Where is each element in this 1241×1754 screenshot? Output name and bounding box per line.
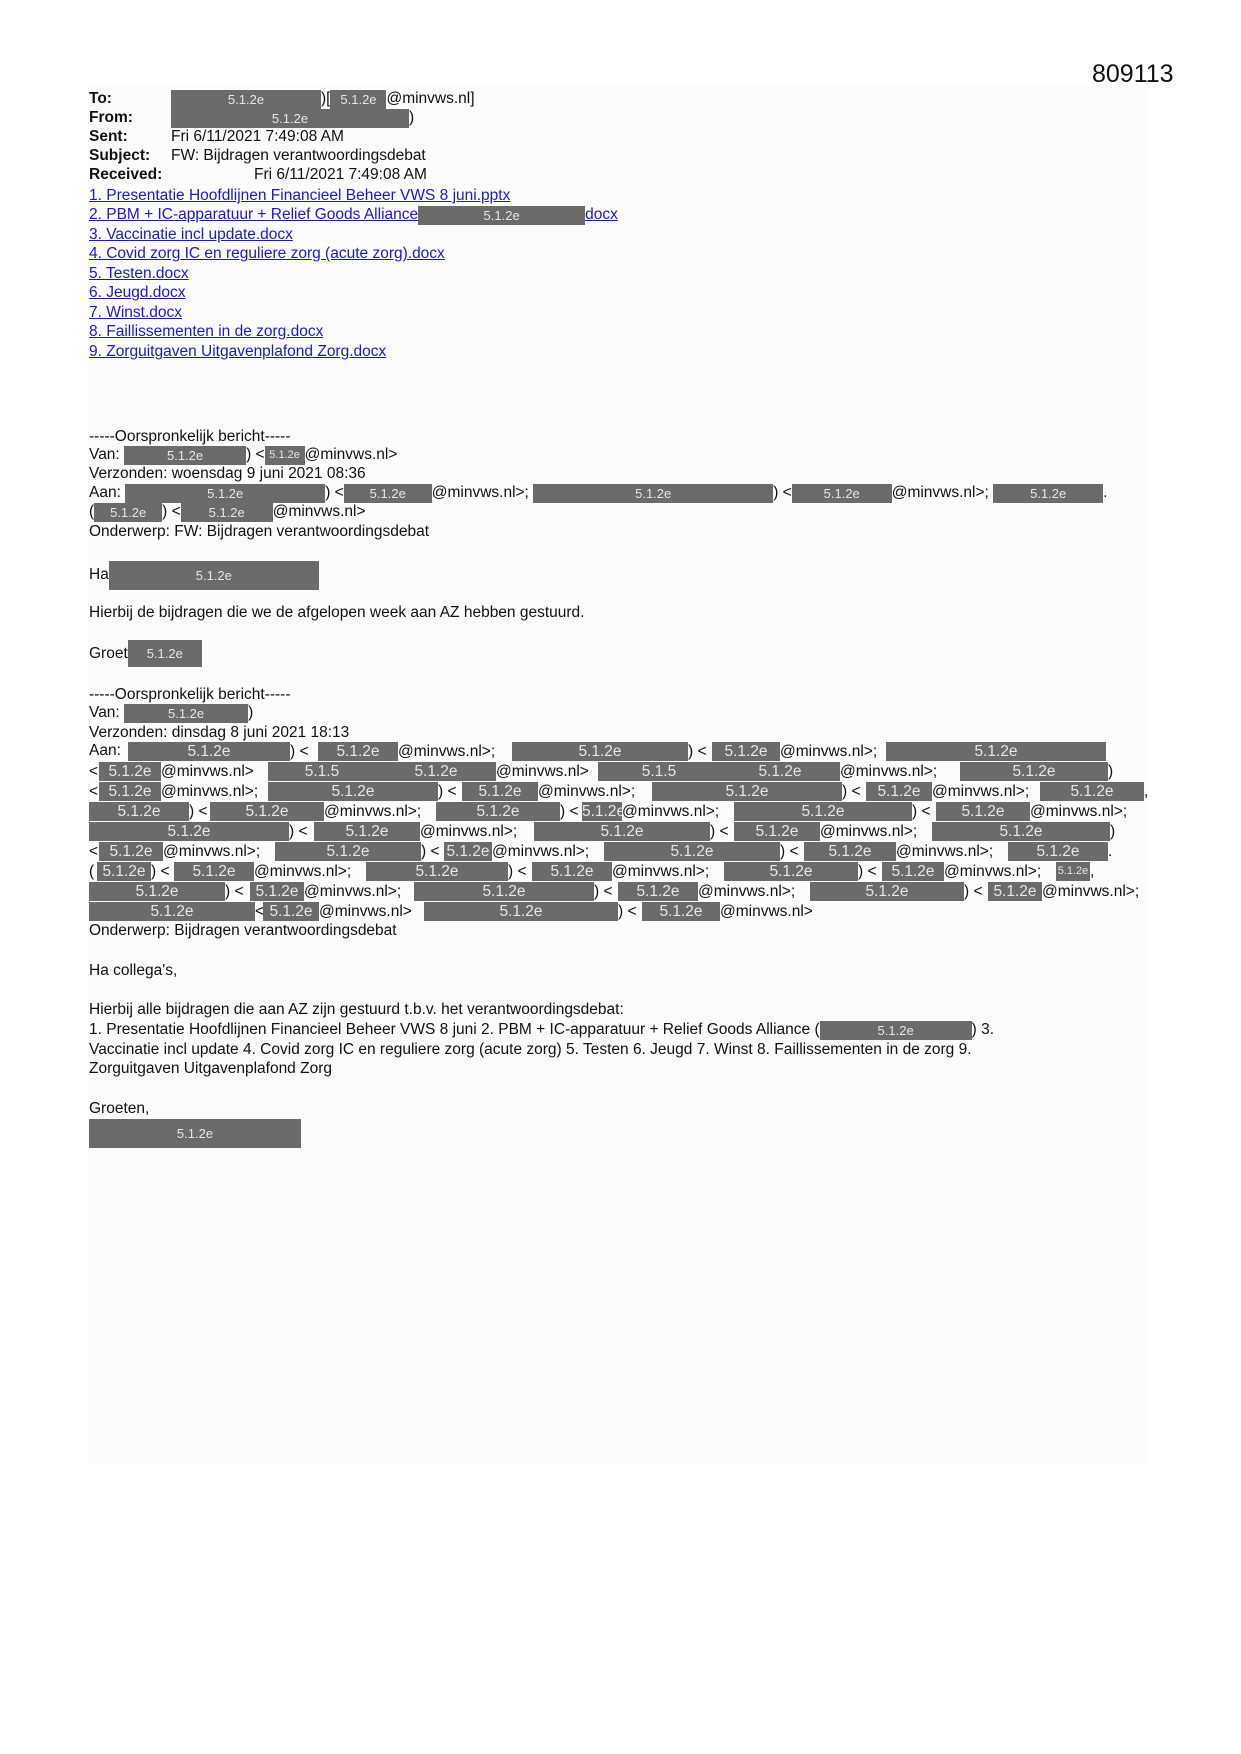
redaction: 5.1.2e <box>652 782 842 801</box>
redaction: 5.1.2e <box>724 862 858 881</box>
message2-body-line2: Vaccinatie incl update 4. Covid zorg IC … <box>89 1041 972 1059</box>
recipient-text: , <box>1144 782 1148 801</box>
recipient-text: ) < <box>858 862 877 881</box>
recipient-text: ) < <box>560 802 579 821</box>
recipient-text: ) < <box>780 842 799 861</box>
message2-van: Van: 5.1.2e) <box>89 704 253 723</box>
recipient-text: < <box>89 842 98 861</box>
header-received: Received:Fri 6/11/2021 7:49:08 AM <box>89 166 427 184</box>
redaction: 5.1.2e <box>89 822 289 841</box>
received-label: Received: <box>89 166 254 184</box>
redaction: 5.1.2e <box>886 742 1106 761</box>
redaction: 5.1.2e <box>712 742 780 761</box>
redaction: 5.1.2e <box>366 862 508 881</box>
recipient-text: ) < <box>688 742 707 761</box>
redaction: 5.1.2e <box>171 109 409 128</box>
recipient-text: ) < <box>189 802 208 821</box>
redaction: 5.1.2e <box>1008 842 1108 861</box>
redaction: 5.1.2e <box>462 782 538 801</box>
recipient-text: @minvws.nl>; <box>304 882 401 901</box>
recipient-text: < <box>89 782 98 801</box>
redaction: 5.1.2e <box>720 762 840 781</box>
message1-aan: Aan: 5.1.2e) <5.1.2e@minvws.nl>; 5.1.2e)… <box>89 484 1107 503</box>
subject-label: Subject: <box>89 147 171 165</box>
message2-aan-label: Aan: <box>89 742 121 760</box>
redaction: 5.1.2e <box>512 742 688 761</box>
message1-van: Van: 5.1.2e) <5.1.2e@minvws.nl> <box>89 446 397 465</box>
redaction: 5.1.2e <box>734 802 912 821</box>
recipient-text: ) < <box>225 882 244 901</box>
redaction: 5.1.2e <box>792 484 892 503</box>
recipient-text: @minvws.nl>; <box>420 822 517 841</box>
redaction: 5.1.2e <box>418 206 585 225</box>
recipient-text: @minvws.nl>; <box>840 762 937 781</box>
message1-body: Hierbij de bijdragen die we de afgelopen… <box>89 604 585 622</box>
recipient-text: ) < <box>912 802 931 821</box>
message1-closing: Groet5.1.2e <box>89 640 202 667</box>
recipient-text: @minvws.nl>; <box>1030 802 1127 821</box>
redaction: 5.1.2e <box>124 704 248 723</box>
message1-separator: -----Oorspronkelijk bericht----- <box>89 428 291 446</box>
attachment-link[interactable]: 8. Faillissementen in de zorg.docx <box>89 323 323 340</box>
redaction: 5.1.2e <box>534 822 710 841</box>
recipient-text: @minvws.nl>; <box>1042 882 1139 901</box>
sent-value: Fri 6/11/2021 7:49:08 AM <box>171 128 344 145</box>
redaction: 5.1.5 <box>598 762 720 781</box>
recipient-text: ) < <box>151 862 170 881</box>
header-sent: Sent:Fri 6/11/2021 7:49:08 AM <box>89 128 344 146</box>
recipient-text: ( <box>89 862 94 881</box>
recipient-text: ) <box>1110 822 1115 841</box>
header-from: From:5.1.2e) <box>89 109 414 128</box>
recipient-text: ) < <box>438 782 457 801</box>
recipient-text: @minvws.nl>; <box>161 782 258 801</box>
attachment-link[interactable]: 7. Winst.docx <box>89 304 182 321</box>
message1-onderwerp: Onderwerp: FW: Bijdragen verantwoordings… <box>89 523 429 541</box>
recipient-text: @minvws.nl>; <box>324 802 421 821</box>
redaction: 5.1.2e <box>604 842 780 861</box>
message2-closing: Groeten, <box>89 1100 149 1118</box>
redaction: 5.1.2e <box>932 822 1110 841</box>
recipient-text: < <box>89 762 98 781</box>
redaction: 5.1.2e <box>174 862 254 881</box>
redaction: 5.1.2e <box>89 1119 301 1148</box>
redaction: 5.1.2e <box>265 446 305 465</box>
redaction: 5.1.2e <box>171 90 321 109</box>
redaction: 5.1.2e <box>414 882 594 901</box>
recipient-text: @minvws.nl>; <box>398 742 495 761</box>
redaction: 5.1.2e <box>181 503 273 522</box>
redaction: 5.1.2e <box>582 802 622 821</box>
redaction: 5.1.2e <box>97 862 151 881</box>
recipient-text: @minvws.nl>; <box>820 822 917 841</box>
recipient-text: ) < <box>710 822 729 841</box>
to-domain: @minvws.nl] <box>386 90 474 107</box>
recipient-text: @minvws.nl>; <box>163 842 260 861</box>
redaction: 5.1.2e <box>810 882 964 901</box>
redaction: 5.1.2e <box>128 640 202 667</box>
recipient-text: @minvws.nl>; <box>492 842 589 861</box>
attachment-link[interactable]: 4. Covid zorg IC en reguliere zorg (acut… <box>89 245 445 262</box>
redaction: 5.1.2e <box>804 842 896 861</box>
redaction: 5.1.2e <box>99 782 161 801</box>
redaction: 5.1.2e <box>210 802 324 821</box>
redaction: 5.1.2e <box>99 842 163 861</box>
message2-signature: 5.1.2e <box>89 1119 301 1148</box>
redaction: 5.1.2e <box>109 561 319 590</box>
redaction: 5.1.2e <box>533 484 773 503</box>
recipient-text: ) < <box>964 882 983 901</box>
redaction: 5.1.2e <box>314 822 420 841</box>
message2-onderwerp: Onderwerp: Bijdragen verantwoordingsdeba… <box>89 922 397 940</box>
message2-body-line1: 1. Presentatie Hoofdlijnen Financieel Be… <box>89 1021 994 1040</box>
attachment-link[interactable]: 9. Zorguitgaven Uitgavenplafond Zorg.doc… <box>89 343 386 360</box>
recipient-text: ) < <box>421 842 440 861</box>
redaction: 5.1.2e <box>99 762 161 781</box>
redaction: 5.1.2e <box>988 882 1042 901</box>
document-number: 809113 <box>1092 60 1174 89</box>
redaction: 5.1.2e <box>318 742 398 761</box>
redaction: 5.1.2e <box>993 484 1103 503</box>
redaction: 5.1.2e <box>125 484 325 503</box>
recipient-text: ) < <box>618 902 637 921</box>
redaction: 5.1.2e <box>436 802 560 821</box>
recipient-text: @minvws.nl>; <box>780 742 877 761</box>
redaction: 5.1.2e <box>128 742 290 761</box>
recipient-text: @minvws.nl>; <box>538 782 635 801</box>
redaction: 5.1.2e <box>344 484 432 503</box>
redaction: 5.1.2e <box>89 882 225 901</box>
from-label: From: <box>89 109 171 127</box>
subject-value: FW: Bijdragen verantwoordingsdebat <box>171 147 426 164</box>
recipient-text: @minvws.nl>; <box>254 862 351 881</box>
recipient-text: @minvws.nl>; <box>932 782 1029 801</box>
attachment-link[interactable]: 1. Presentatie Hoofdlijnen Financieel Be… <box>89 187 510 204</box>
redaction: 5.1.2e <box>89 802 189 821</box>
redaction: 5.1.2e <box>734 822 820 841</box>
attachment-link[interactable]: 6. Jeugd.docx <box>89 284 186 301</box>
recipient-text: @minvws.nl>; <box>896 842 993 861</box>
recipient-text: @minvws.nl>; <box>944 862 1041 881</box>
redaction: 5.1.2e <box>866 782 932 801</box>
redaction: 5.1.2e <box>936 802 1030 821</box>
redaction: 5.1.2e <box>330 90 386 109</box>
recipient-text: ) < <box>842 782 861 801</box>
message1-verzonden: Verzonden: woensdag 9 juni 2021 08:36 <box>89 465 366 483</box>
redaction: 5.1.2e <box>263 902 319 921</box>
recipient-text: @minvws.nl> <box>319 902 412 921</box>
redaction: 5.1.2e <box>424 902 618 921</box>
redaction: 5.1.5 <box>268 762 376 781</box>
redaction: 5.1.2e <box>94 503 162 522</box>
redaction: 5.1.2e <box>618 882 698 901</box>
attachment-link[interactable]: 5. Testen.docx <box>89 265 189 282</box>
message1-greeting: Ha5.1.2e <box>89 560 319 590</box>
message2-separator: -----Oorspronkelijk bericht----- <box>89 686 291 704</box>
recipient-text: . <box>1108 842 1112 861</box>
header-subject: Subject:FW: Bijdragen verantwoordingsdeb… <box>89 147 426 165</box>
redaction: 5.1.2e <box>376 762 496 781</box>
received-value: Fri 6/11/2021 7:49:08 AM <box>254 166 427 183</box>
message2-greeting: Ha collega's, <box>89 962 177 980</box>
redaction: 5.1.2e <box>275 842 421 861</box>
recipient-text: ) < <box>508 862 527 881</box>
attachment-link[interactable]: 3. Vaccinatie incl update.docx <box>89 226 293 243</box>
message2-verzonden: Verzonden: dinsdag 8 juni 2021 18:13 <box>89 724 349 742</box>
redaction: 5.1.2e <box>882 862 944 881</box>
redaction: 5.1.2e <box>89 902 255 921</box>
redaction: 5.1.2e <box>820 1021 972 1040</box>
redaction: 5.1.2e <box>250 882 304 901</box>
redaction: 5.1.2e <box>1056 862 1090 881</box>
redaction: 5.1.2e <box>642 902 720 921</box>
recipient-text: @minvws.nl> <box>161 762 254 781</box>
redaction: 5.1.2e <box>444 842 492 861</box>
to-label: To: <box>89 90 171 108</box>
attachment-link[interactable]: 2. PBM + IC-apparatuur + Relief Goods Al… <box>89 206 418 223</box>
redaction: 5.1.2e <box>532 862 612 881</box>
redaction: 5.1.2e <box>960 762 1108 781</box>
recipient-text: ) < <box>290 742 309 761</box>
message1-aan-cont: (5.1.2e) <5.1.2e@minvws.nl> <box>89 503 366 522</box>
recipient-text: , <box>1090 862 1094 881</box>
message2-body-intro: Hierbij alle bijdragen die aan AZ zijn g… <box>89 1001 624 1019</box>
recipient-text: @minvws.nl>; <box>698 882 795 901</box>
recipient-text: @minvws.nl>; <box>612 862 709 881</box>
recipient-text: ) <box>1108 762 1113 781</box>
header-to: To:5.1.2e)[5.1.2e@minvws.nl] <box>89 90 475 109</box>
redaction: 5.1.2e <box>1040 782 1144 801</box>
recipient-text: @minvws.nl> <box>720 902 813 921</box>
redaction: 5.1.2e <box>124 446 246 465</box>
message2-body-line3: Zorguitgaven Uitgavenplafond Zorg <box>89 1060 332 1078</box>
attachment-link-suffix[interactable]: docx <box>585 206 618 223</box>
recipient-text: @minvws.nl> <box>496 762 589 781</box>
recipient-text: ) < <box>594 882 613 901</box>
recipient-text: @minvws.nl>; <box>622 802 719 821</box>
redaction: 5.1.2e <box>268 782 438 801</box>
sent-label: Sent: <box>89 128 171 146</box>
recipient-text: ) < <box>289 822 308 841</box>
